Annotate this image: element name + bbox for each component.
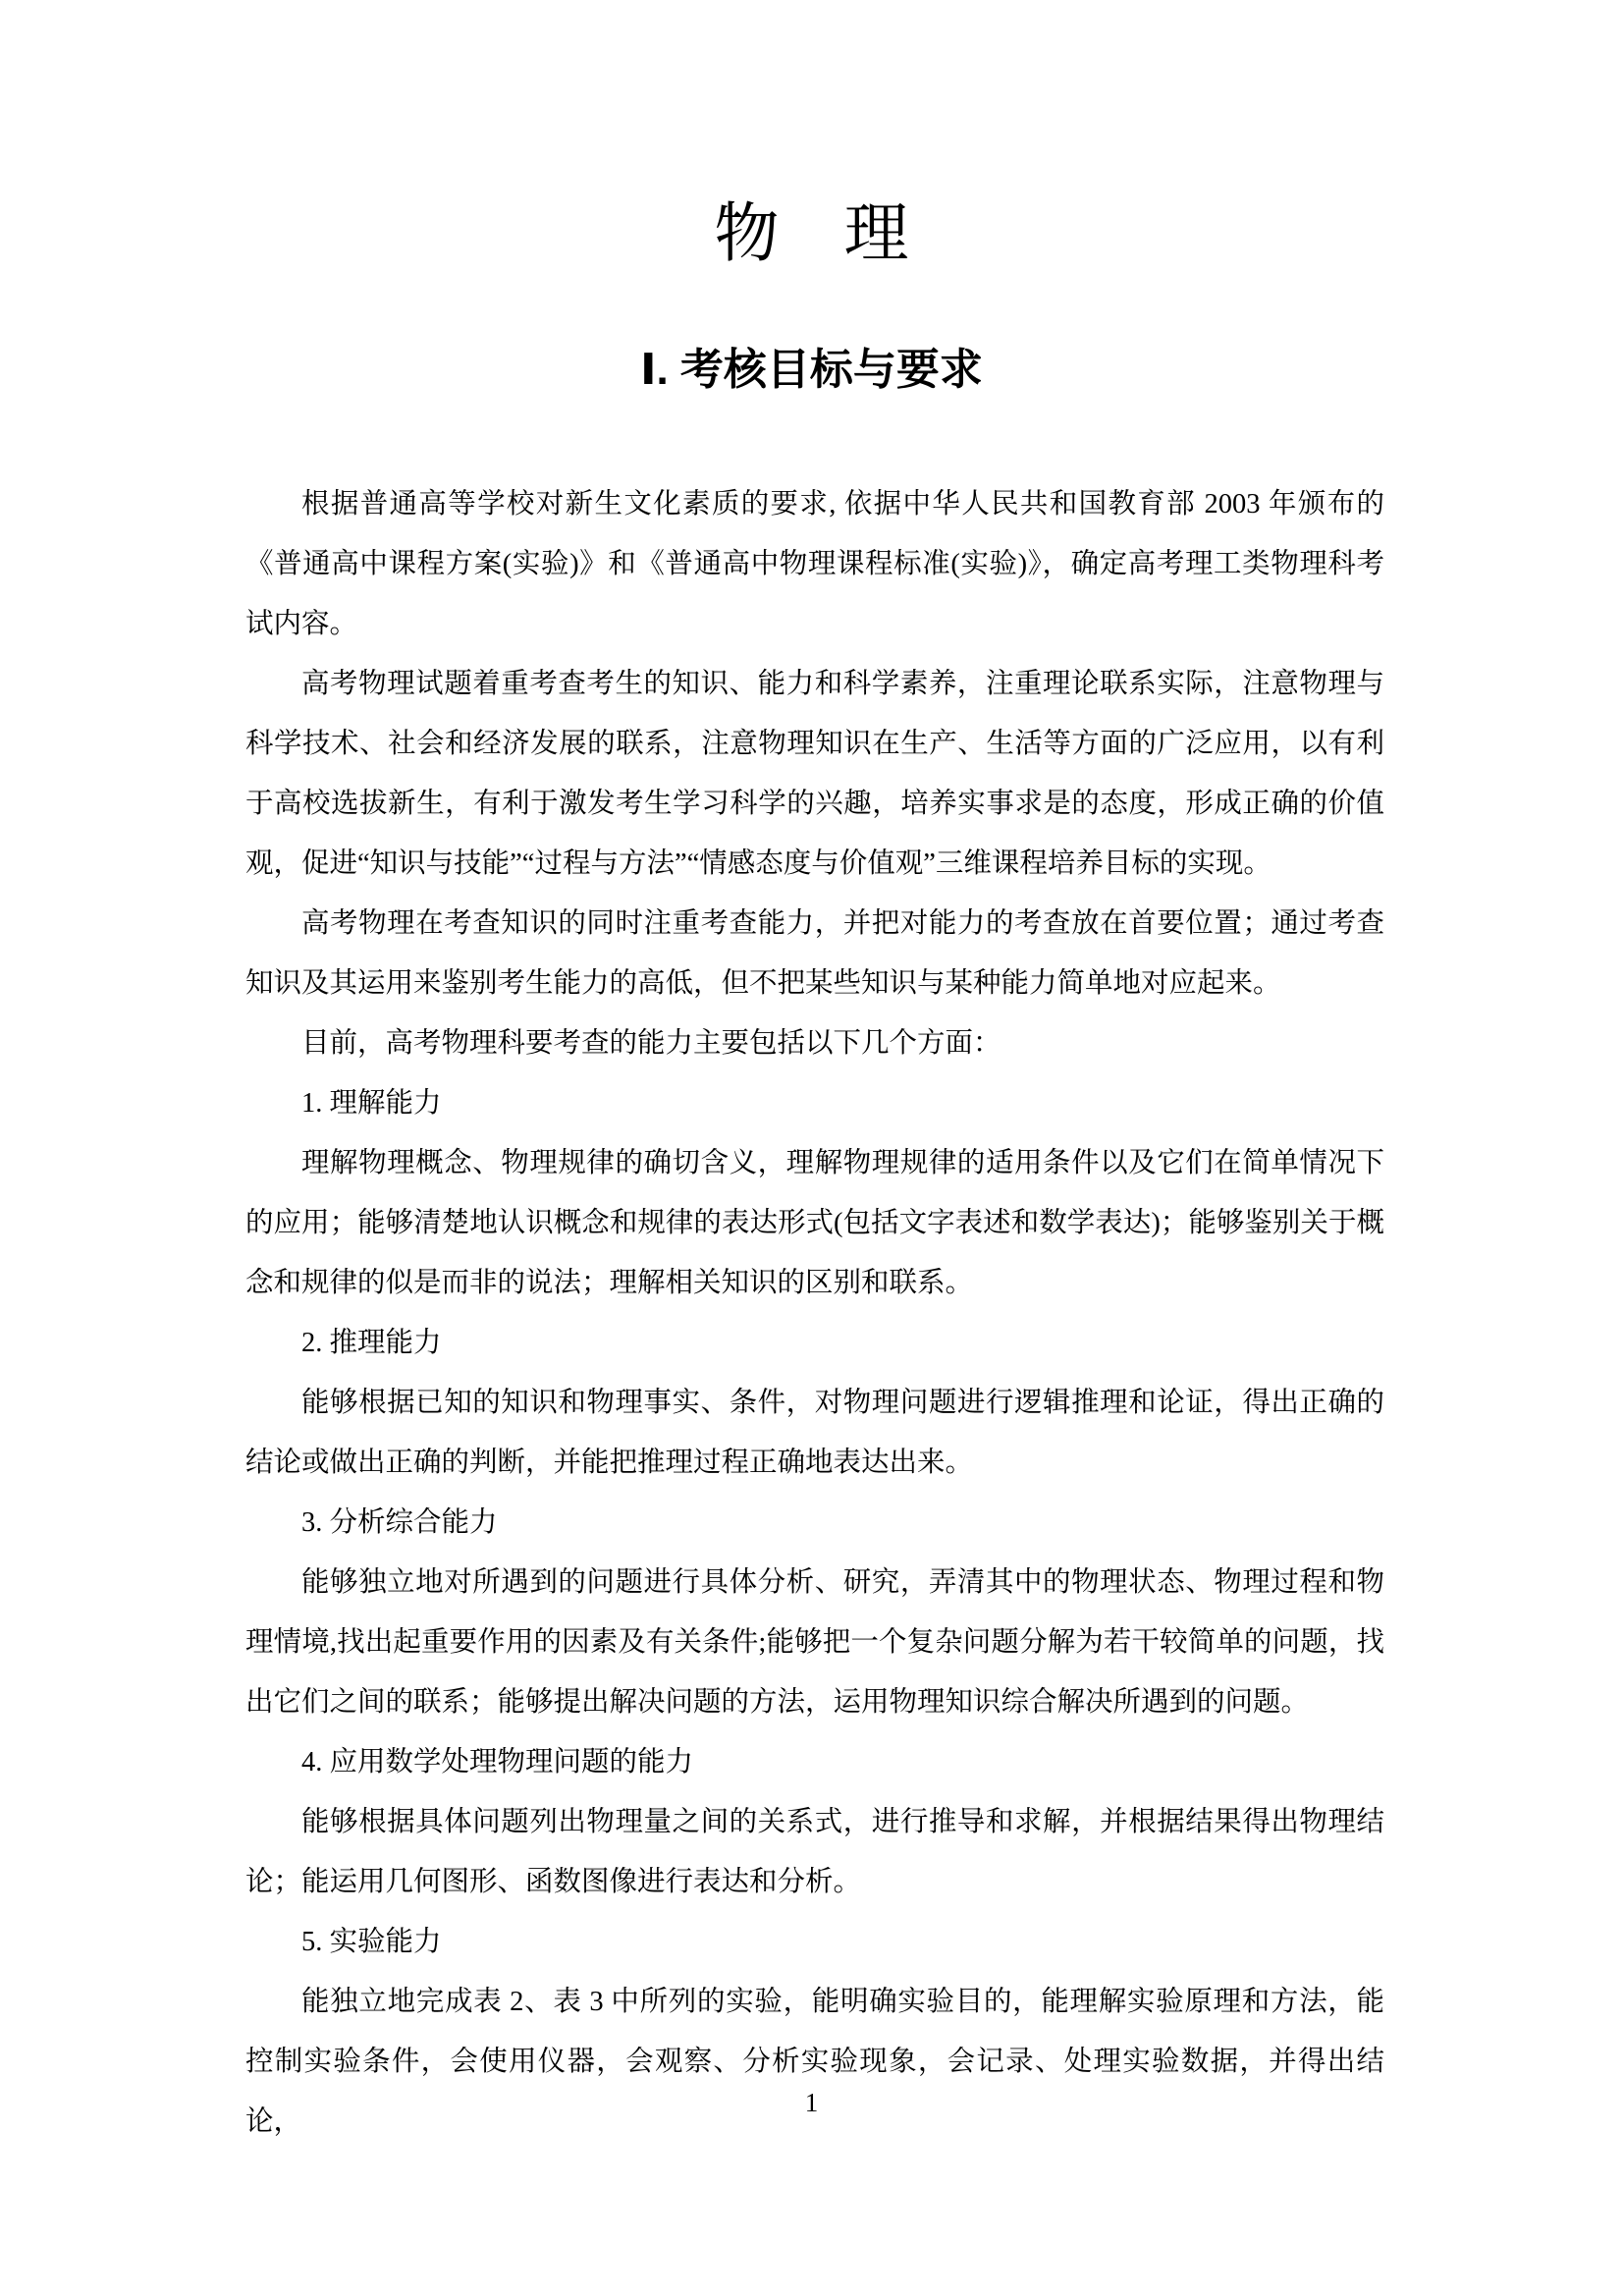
page-number: 1 <box>0 2086 1623 2119</box>
paragraph-intro: 根据普通高等学校对新生文化素质的要求, 依据中华人民共和国教育部 2003 年颁… <box>245 474 1384 654</box>
paragraph-exam-focus: 高考物理试题着重考查考生的知识、能力和科学素养，注重理论联系实际，注意物理与科学… <box>245 654 1384 894</box>
ability-item-body-3: 能够独立地对所遇到的问题进行具体分析、研究，弄清其中的物理状态、物理过程和物理情… <box>245 1553 1384 1732</box>
document-title: 物 理 <box>0 200 1623 268</box>
ability-item-heading-3: 3. 分析综合能力 <box>245 1493 1384 1553</box>
paragraph-ability-priority: 高考物理在考查知识的同时注重考查能力，并把对能力的考查放在首要位置；通过考查知识… <box>245 894 1384 1013</box>
ability-item-heading-4: 4. 应用数学处理物理问题的能力 <box>245 1732 1384 1792</box>
document-body: 根据普通高等学校对新生文化素质的要求, 依据中华人民共和国教育部 2003 年颁… <box>245 474 1384 2152</box>
ability-item-heading-1: 1. 理解能力 <box>245 1073 1384 1133</box>
ability-item-body-2: 能够根据已知的知识和物理事实、条件，对物理问题进行逻辑推理和论证，得出正确的结论… <box>245 1373 1384 1493</box>
paragraph-abilities-lead-in: 目前，高考物理科要考查的能力主要包括以下几个方面： <box>245 1013 1384 1073</box>
document-page: { "document": { "title": "物 理", "section… <box>0 0 1623 2296</box>
ability-item-body-5: 能独立地完成表 2、表 3 中所列的实验，能明确实验目的，能理解实验原理和方法，… <box>245 1972 1384 2152</box>
ability-item-body-1: 理解物理概念、物理规律的确切含义，理解物理规律的适用条件以及它们在简单情况下的应… <box>245 1133 1384 1313</box>
ability-item-heading-5: 5. 实验能力 <box>245 1912 1384 1972</box>
section-heading: Ⅰ. 考核目标与要求 <box>0 348 1623 393</box>
ability-item-heading-2: 2. 推理能力 <box>245 1313 1384 1373</box>
ability-item-body-4: 能够根据具体问题列出物理量之间的关系式，进行推导和求解，并根据结果得出物理结论；… <box>245 1792 1384 1912</box>
